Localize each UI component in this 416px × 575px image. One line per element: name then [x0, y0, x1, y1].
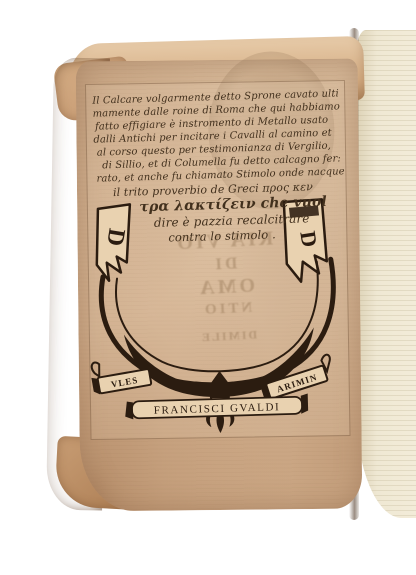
spur-inner-arm: [116, 261, 320, 372]
facing-page: [356, 30, 416, 518]
photo-stage: RIA VIO DI OMA NTIO DIMILE D D: [0, 0, 416, 575]
plate-frame: RIA VIO DI OMA NTIO DIMILE D D: [85, 80, 351, 440]
manuscript-page: RIA VIO DI OMA NTIO DIMILE D D: [76, 59, 363, 512]
manuscript-text: Il Calcare volgarmente detto Sprone cava…: [92, 87, 344, 246]
